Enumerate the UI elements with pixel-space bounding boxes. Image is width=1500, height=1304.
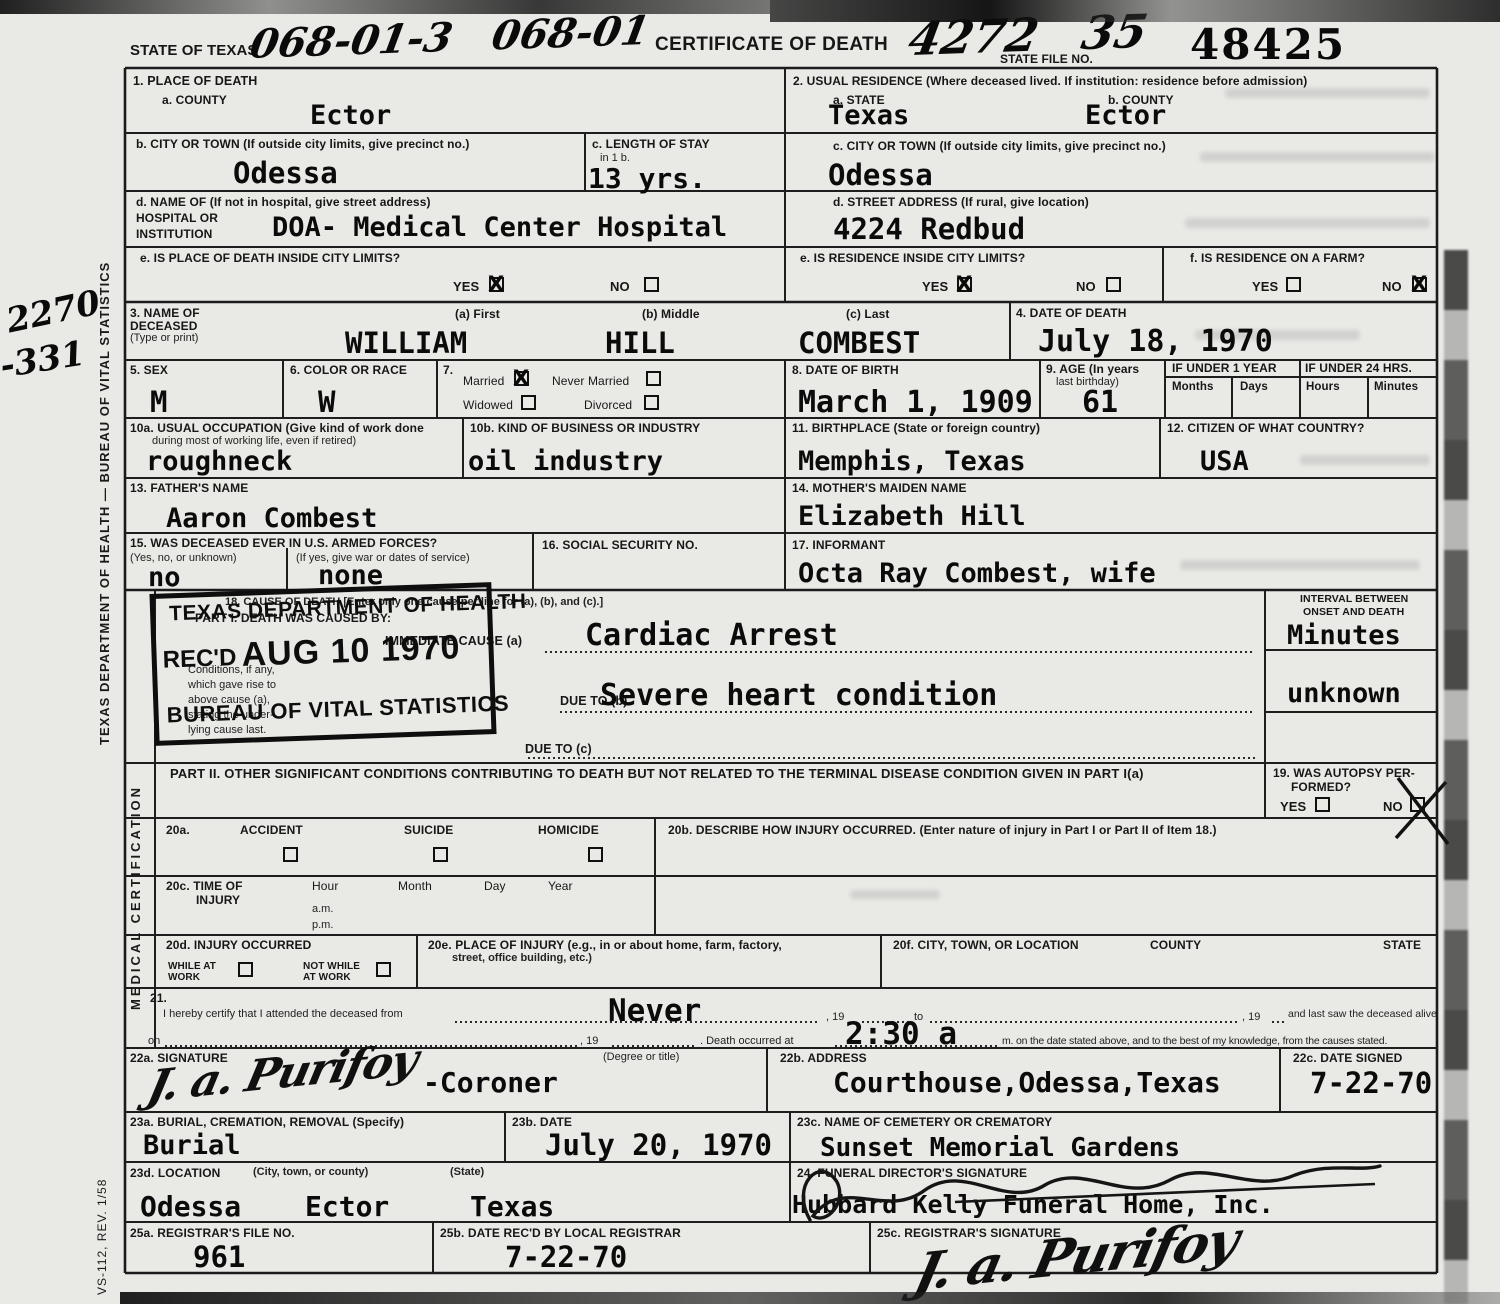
- widowed-checkbox: [521, 395, 536, 410]
- part2-label: PART II. OTHER SIGNIFICANT CONDITIONS CO…: [170, 766, 1144, 781]
- box13-value: Aaron Combest: [166, 503, 377, 534]
- box15-value1: no: [148, 562, 181, 593]
- box20c-label2: INJURY: [196, 893, 240, 907]
- box2-limits-label: e. IS RESIDENCE INSIDE CITY LIMITS?: [800, 251, 1025, 265]
- received-stamp: TEXAS DEPARTMENT OF HEALTH REC'D AUG 10 …: [149, 582, 496, 746]
- box22a-degree-label: (Degree or title): [603, 1051, 679, 1063]
- box1-hospital-label3: INSTITUTION: [136, 227, 212, 241]
- accident-checkbox: [283, 847, 298, 862]
- x-mark: X: [488, 272, 504, 296]
- box7-label: 7.: [443, 363, 453, 377]
- box1-county-label: a. COUNTY: [162, 93, 227, 107]
- box1-hospital-label: d. NAME OF (If not in hospital, give str…: [136, 195, 431, 209]
- box18-due-c-label: DUE TO (c): [525, 742, 592, 756]
- box21-year3: , 19: [580, 1035, 598, 1047]
- box22a-title-value: -Coroner: [423, 1066, 558, 1099]
- box20d-label: 20d. INJURY OCCURRED: [166, 938, 311, 952]
- box2-label: 2. USUAL RESIDENCE (Where deceased lived…: [793, 74, 1307, 88]
- box16-label: 16. SOCIAL SECURITY NO.: [542, 538, 698, 552]
- residence-inside-limits-yes-checkbox: X: [957, 277, 972, 292]
- box6-label: 6. COLOR OR RACE: [290, 363, 407, 377]
- box21-text3: m. on the date stated above, and to the …: [1002, 1035, 1387, 1047]
- homicide-checkbox: [588, 847, 603, 862]
- x-mark: X: [513, 366, 529, 390]
- scan-artifact-top-right: [770, 0, 1500, 22]
- box21-death-at: . Death occurred at: [700, 1035, 794, 1047]
- box17-label: 17. INFORMANT: [792, 538, 885, 552]
- box9-hours-label: Hours: [1306, 381, 1340, 393]
- box21-text2: and last saw the deceased alive: [1288, 1008, 1437, 1020]
- box20a-suicide-label: SUICIDE: [404, 823, 453, 837]
- box2-city-value: Odessa: [828, 158, 933, 192]
- box22c-label: 22c. DATE SIGNED: [1293, 1051, 1402, 1065]
- box21-number: 21.: [150, 991, 167, 1005]
- box18-interval-b-value: unknown: [1287, 678, 1401, 709]
- box20b-label: 20b. DESCRIBE HOW INJURY OCCURRED. (Ente…: [668, 823, 1217, 837]
- box7-married-label: Married: [463, 374, 504, 388]
- box4-value: July 18, 1970: [1038, 324, 1273, 359]
- box15-label: 15. WAS DECEASED EVER IN U.S. ARMED FORC…: [130, 536, 437, 550]
- box2-state-value: Texas: [828, 100, 909, 131]
- box7-divorced-label: Divorced: [584, 398, 632, 412]
- box20f-label: 20f. CITY, TOWN, OR LOCATION: [893, 938, 1079, 952]
- suicide-checkbox: [433, 847, 448, 862]
- box9-value: 61: [1082, 385, 1118, 420]
- married-checkbox: X: [514, 371, 529, 386]
- box20c-day-label: Day: [484, 879, 506, 893]
- box7-never-married-label: Never Married: [552, 374, 629, 388]
- box21-year1: , 19: [826, 1011, 844, 1023]
- box20e-label2: street, office building, etc.): [452, 952, 592, 964]
- box13-label: 13. FATHER'S NAME: [130, 481, 248, 495]
- box10b-value: oil industry: [468, 446, 663, 477]
- box1-hospital-value: DOA- Medical Center Hospital: [272, 212, 727, 243]
- stamp-line3: BUREAU OF VITAL STATISTICS: [166, 691, 509, 729]
- box9-label: 9. AGE (In years: [1046, 362, 1139, 376]
- box20d-while1: WHILE AT: [168, 961, 216, 972]
- box2-farm-yes-label: YES: [1252, 279, 1278, 294]
- box17-value: Octa Ray Combest, wife: [798, 558, 1156, 589]
- box20e-label: 20e. PLACE OF INJURY (e.g., in or about …: [428, 938, 782, 952]
- box1-hospital-label2: HOSPITAL OR: [136, 211, 218, 225]
- box4-label: 4. DATE OF DEATH: [1016, 306, 1127, 320]
- box21-on: on: [148, 1035, 160, 1047]
- box2-farm-no-label: NO: [1382, 279, 1402, 294]
- box20c-year-label: Year: [548, 879, 573, 893]
- box18-interval-label2: ONSET AND DEATH: [1303, 606, 1404, 618]
- agency-vertical-label: TEXAS DEPARTMENT OF HEALTH — BUREAU OF V…: [97, 240, 112, 745]
- box1-yes-label: YES: [453, 279, 479, 294]
- box18-cause-a-value: Cardiac Arrest: [585, 618, 838, 653]
- not-while-at-work-checkbox: [376, 962, 391, 977]
- box22c-value: 7-22-70: [1310, 1066, 1432, 1100]
- form-code-vertical: VS-112, REV. 1/58: [95, 1140, 109, 1295]
- box1-limits-label: e. IS PLACE OF DEATH INSIDE CITY LIMITS?: [140, 251, 400, 265]
- scan-artifact-bottom: [120, 1292, 1500, 1304]
- box3-label1: 3. NAME OF: [130, 306, 200, 320]
- box20f-county-label: COUNTY: [1150, 938, 1201, 952]
- box20f-state-label: STATE: [1383, 938, 1421, 952]
- box19-label2: FORMED?: [1291, 780, 1351, 794]
- box14-value: Elizabeth Hill: [798, 501, 1026, 532]
- box20c-am-label: a.m.: [312, 903, 333, 915]
- box2-street-label: d. STREET ADDRESS (If rural, give locati…: [833, 195, 1089, 209]
- box1-city-value: Odessa: [233, 156, 338, 190]
- box1-city-label: b. CITY OR TOWN (If outside city limits,…: [136, 137, 470, 151]
- box8-label: 8. DATE OF BIRTH: [792, 363, 899, 377]
- box1-no-label: NO: [610, 279, 630, 294]
- box23d-value2: Ector: [305, 1190, 389, 1223]
- box23a-label: 23a. BURIAL, CREMATION, REMOVAL (Specify…: [130, 1115, 404, 1129]
- box23d-sub2: (State): [450, 1166, 484, 1178]
- box10a-label: 10a. USUAL OCCUPATION (Give kind of work…: [130, 421, 424, 435]
- box23b-value: July 20, 1970: [545, 1128, 772, 1162]
- stamp-recd: REC'D: [162, 644, 237, 675]
- box8-value: March 1, 1909: [798, 385, 1033, 420]
- box3-label2: DECEASED: [130, 319, 197, 333]
- box20d-while2: WORK: [168, 972, 200, 983]
- box18-interval-a-value: Minutes: [1287, 620, 1401, 651]
- place-death-inside-limits-yes-checkbox: X: [489, 277, 504, 292]
- box25a-value: 961: [193, 1240, 245, 1274]
- box23d-value1: Odessa: [140, 1190, 241, 1223]
- box21-from-value: Never: [608, 993, 701, 1029]
- x-mark: X: [956, 272, 972, 296]
- state-file-number: 48425: [1190, 20, 1346, 69]
- residence-on-farm-yes-checkbox: [1286, 277, 1301, 292]
- box11-value: Memphis, Texas: [798, 446, 1026, 477]
- box1-stay-value: 13 yrs.: [588, 162, 706, 195]
- stamp-date: AUG 10 1970: [241, 628, 461, 675]
- state-file-no-label: STATE FILE NO.: [1000, 52, 1093, 66]
- box3-last-label: (c) Last: [846, 307, 889, 321]
- box9-under24-label: IF UNDER 24 HRS.: [1305, 361, 1412, 375]
- box1-stay-label: c. LENGTH OF STAY: [592, 137, 710, 151]
- scan-artifact-top-left: [0, 0, 770, 14]
- box23a-value: Burial: [143, 1130, 241, 1161]
- box3-first-label: (a) First: [455, 307, 500, 321]
- death-certificate-scan: STATE OF TEXAS 068-01-3 068-01 CERTIFICA…: [0, 0, 1500, 1304]
- box23c-label: 23c. NAME OF CEMETERY OR CREMATORY: [797, 1115, 1052, 1129]
- box23d-label: 23d. LOCATION: [130, 1166, 220, 1180]
- box14-label: 14. MOTHER'S MAIDEN NAME: [792, 481, 967, 495]
- scan-artifact-right-band: [1444, 250, 1468, 1304]
- box9-minutes-label: Minutes: [1374, 381, 1418, 393]
- box2-farm-label: f. IS RESIDENCE ON A FARM?: [1190, 251, 1365, 265]
- box9-days-label: Days: [1240, 381, 1268, 393]
- box2-limits-yes-label: YES: [922, 279, 948, 294]
- box9-months-label: Months: [1172, 381, 1213, 393]
- box2-street-value: 4224 Redbud: [833, 212, 1025, 246]
- stamp-line1: TEXAS DEPARTMENT OF HEALTH: [169, 590, 527, 626]
- box2-city-label: c. CITY OR TOWN (If outside city limits,…: [833, 139, 1166, 153]
- box25b-value: 7-22-70: [505, 1240, 627, 1274]
- residence-inside-limits-no-checkbox: [1106, 277, 1121, 292]
- autopsy-yes-checkbox: [1315, 797, 1330, 812]
- while-at-work-checkbox: [238, 962, 253, 977]
- box3-middle-label: (b) Middle: [642, 307, 700, 321]
- box2-limits-no-label: NO: [1076, 279, 1096, 294]
- box21-year2: , 19: [1242, 1011, 1260, 1023]
- box20c-pm-label: p.m.: [312, 919, 333, 931]
- funeral-director-signature-scrawl: [775, 1140, 1395, 1235]
- box20c-label1: 20c. TIME OF: [166, 879, 243, 893]
- box20c-month-label: Month: [398, 879, 432, 893]
- box10a-value: roughneck: [146, 446, 292, 477]
- box3-last-value: COMBEST: [798, 326, 920, 360]
- state-of-texas-label: STATE OF TEXAS: [130, 42, 258, 59]
- box1-label: 1. PLACE OF DEATH: [133, 74, 257, 88]
- box9-under1-label: IF UNDER 1 YEAR: [1172, 361, 1277, 375]
- box18-cause-b-value: Severe heart condition: [600, 678, 997, 713]
- box20d-not1: NOT WHILE: [303, 961, 360, 972]
- box21-time-value: 2:30 a: [845, 1016, 957, 1052]
- box18-interval-label1: INTERVAL BETWEEN: [1300, 593, 1408, 605]
- box12-value: USA: [1200, 446, 1249, 477]
- box23d-value3: Texas: [470, 1190, 554, 1223]
- box15-sub1: (Yes, no, or unknown): [130, 552, 237, 564]
- box20a-accident-label: ACCIDENT: [240, 823, 303, 837]
- box22b-label: 22b. ADDRESS: [780, 1051, 867, 1065]
- box3-label3: (Type or print): [130, 332, 198, 344]
- place-death-inside-limits-no-checkbox: [644, 277, 659, 292]
- box3-middle-value: HILL: [605, 326, 675, 360]
- never-married-checkbox: [646, 371, 661, 386]
- x-mark: X: [1411, 272, 1427, 296]
- box20a-homicide-label: HOMICIDE: [538, 823, 599, 837]
- box5-value: M: [150, 385, 167, 419]
- box11-label: 11. BIRTHPLACE (State or foreign country…: [792, 421, 1040, 435]
- box7-widowed-label: Widowed: [463, 398, 513, 412]
- certificate-title: CERTIFICATE OF DEATH: [655, 34, 888, 56]
- box25a-label: 25a. REGISTRAR'S FILE NO.: [130, 1226, 295, 1240]
- box10b-label: 10b. KIND OF BUSINESS OR INDUSTRY: [470, 421, 700, 435]
- box25b-label: 25b. DATE REC'D BY LOCAL REGISTRAR: [440, 1226, 681, 1240]
- box6-value: W: [318, 385, 335, 419]
- box20d-not2: AT WORK: [303, 972, 351, 983]
- box20c-hour-label: Hour: [312, 879, 338, 893]
- box23d-sub1: (City, town, or county): [253, 1166, 368, 1178]
- box12-label: 12. CITIZEN OF WHAT COUNTRY?: [1167, 421, 1364, 435]
- box3-first-value: WILLIAM: [345, 326, 467, 360]
- residence-on-farm-no-checkbox: X: [1412, 277, 1427, 292]
- box22b-value: Courthouse,Odessa,Texas: [833, 1066, 1221, 1099]
- box5-label: 5. SEX: [130, 363, 168, 377]
- box21-text1: I hereby certify that I attended the dec…: [163, 1008, 403, 1020]
- box23b-label: 23b. DATE: [512, 1115, 572, 1129]
- divorced-checkbox: [644, 395, 659, 410]
- box20a-label: 20a.: [166, 823, 190, 837]
- box19-yes-label: YES: [1280, 799, 1306, 814]
- box2-county-value: Ector: [1085, 100, 1166, 131]
- medical-certification-vertical-label: MEDICAL CERTIFICATION: [128, 755, 143, 1010]
- box1-county-value: Ector: [310, 100, 391, 131]
